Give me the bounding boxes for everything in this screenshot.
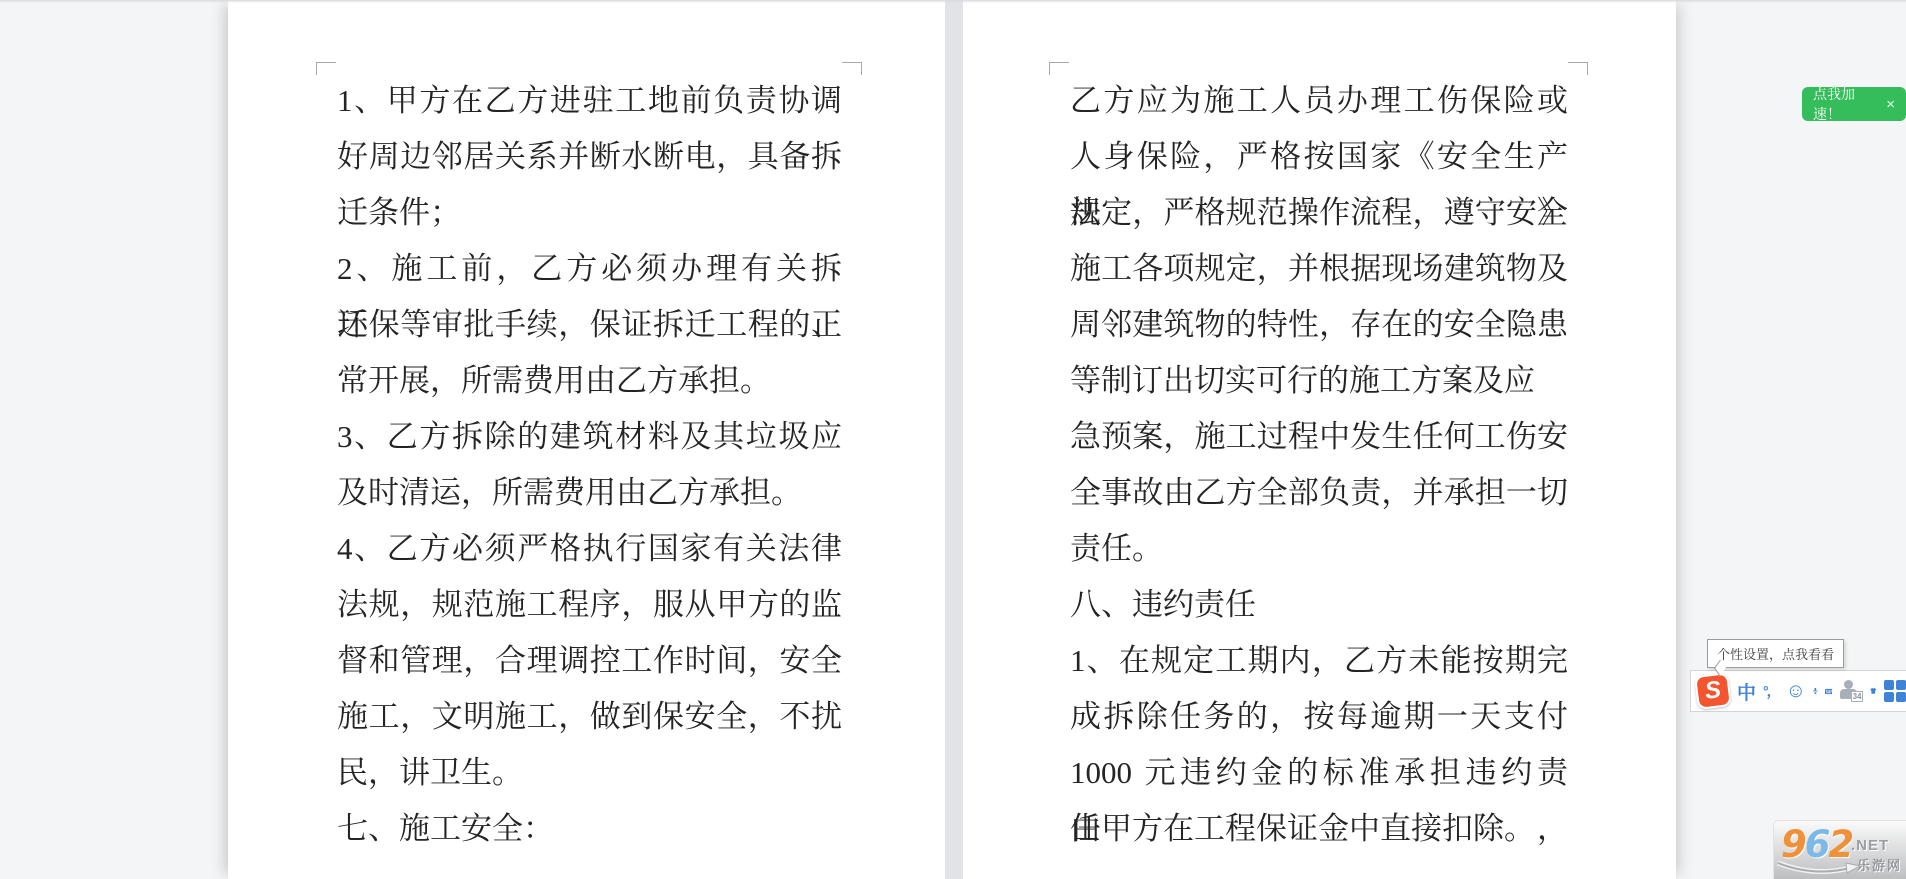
watermark-site-name: 乐游网: [1857, 855, 1902, 874]
text-line: 法规，规范施工程序，服从甲方的监: [337, 577, 842, 633]
text-line: 由甲方在工程保证金中直接扣除。: [1070, 801, 1568, 857]
accelerator-badge-label: 点我加速！: [1813, 84, 1877, 124]
text-line: 施工，文明施工，做到保安全，不扰: [337, 689, 842, 745]
document-page-right: 乙方应为施工人员办理工伤保险或人身保险，严格按国家《安全生产法》规定，严格规范操…: [963, 0, 1676, 879]
text-line: 施工各项规定，并根据现场建筑物及: [1070, 241, 1568, 297]
page-gap: [945, 0, 963, 879]
toolbox-square: [1896, 680, 1906, 690]
text-line: 民，讲卫生。: [337, 745, 842, 801]
margin-corner-mark: [1049, 62, 1069, 75]
toolbox-square: [1896, 692, 1906, 702]
keyboard-icon[interactable]: [1825, 683, 1833, 700]
text-line: 1000 元违约金的标准承担违约责任，: [1070, 745, 1568, 801]
text-line: 1、甲方在乙方进驻工地前负责协调: [337, 73, 842, 129]
skin-shirt-icon[interactable]: [1870, 681, 1877, 701]
person-head: [1844, 680, 1853, 689]
text-line: 乙方应为施工人员办理工伤保险或: [1070, 73, 1568, 129]
close-icon[interactable]: ×: [1886, 97, 1895, 112]
watermark-digit: 9: [1781, 823, 1805, 866]
text-line: 督和管理，合理调控工作时间，安全: [337, 633, 842, 689]
person-34-badge: 34: [1851, 691, 1864, 702]
text-line: 好周边邻居关系并断水断电，具备拆: [337, 129, 842, 185]
watermark-number: 962: [1781, 823, 1852, 866]
ime-settings-tooltip[interactable]: 个性设置，点我看看: [1707, 639, 1844, 668]
text-line: 1、在规定工期内，乙方未能按期完: [1070, 633, 1568, 689]
window-top-edge: [0, 0, 1906, 3]
text-line: 规定，严格规范操作流程，遵守安全: [1070, 185, 1568, 241]
person-34-icon[interactable]: 34: [1839, 679, 1863, 703]
margin-corner-mark: [842, 62, 862, 75]
text-line: 全事故由乙方全部负责，并承担一切: [1070, 465, 1568, 521]
toolbox-square: [1884, 680, 1894, 690]
watermark-suffix: .NET: [1851, 837, 1889, 854]
text-line: 责任。: [1070, 521, 1568, 577]
margin-corner-mark: [1568, 62, 1588, 75]
text-line: 常开展，所需费用由乙方承担。: [337, 353, 842, 409]
text-line: 八、违约责任: [1070, 577, 1568, 633]
text-line: 3、乙方拆除的建筑材料及其垃圾应: [337, 409, 842, 465]
text-line: 环保等审批手续，保证拆迁工程的正: [337, 297, 842, 353]
text-line: 2、施工前，乙方必须办理有关拆迁、: [337, 241, 842, 297]
text-line: 成拆除任务的，按每逾期一天支付: [1070, 689, 1568, 745]
text-line: 及时清运，所需费用由乙方承担。: [337, 465, 842, 521]
text-line: 4、乙方必须严格执行国家有关法律: [337, 521, 842, 577]
watermark-digit: 6: [1805, 823, 1829, 866]
text-line: 人身保险，严格按国家《安全生产法》: [1070, 129, 1568, 185]
document-page-left: 1、甲方在乙方进驻工地前负责协调好周边邻居关系并断水断电，具备拆迁条件；2、施工…: [228, 0, 945, 879]
watermark-digit: 2: [1829, 823, 1853, 866]
text-line: 周邻建筑物的特性，存在的安全隐患: [1070, 297, 1568, 353]
punctuation-mode-toggle[interactable]: °，: [1763, 681, 1779, 701]
text-line: 迁条件；: [337, 185, 842, 241]
ime-settings-tooltip-label: 个性设置，点我看看: [1717, 647, 1834, 662]
margin-corner-mark: [316, 62, 336, 75]
emoji-icon[interactable]: ☺: [1786, 681, 1806, 701]
text-line: 七、施工安全：: [337, 801, 842, 857]
text-line: 急预案，施工过程中发生任何工伤安: [1070, 409, 1568, 465]
toolbox-square: [1884, 692, 1894, 702]
sogou-logo-icon[interactable]: S: [1694, 672, 1732, 710]
chinese-mode-toggle[interactable]: 中: [1737, 678, 1756, 705]
text-line: 等制订出切实可行的施工方案及应: [1070, 353, 1568, 409]
ime-toolbar: S 中 °， ☺ 34: [1690, 670, 1906, 712]
microphone-icon[interactable]: [1813, 680, 1818, 702]
accelerator-badge[interactable]: 点我加速！ ×: [1802, 87, 1906, 121]
962net-watermark: 962 .NET 乐游网: [1773, 820, 1906, 879]
toolbox-icon[interactable]: [1884, 680, 1906, 702]
page-right-text: 乙方应为施工人员办理工伤保险或人身保险，严格按国家《安全生产法》规定，严格规范操…: [1070, 73, 1568, 857]
page-left-text: 1、甲方在乙方进驻工地前负责协调好周边邻居关系并断水断电，具备拆迁条件；2、施工…: [337, 73, 842, 857]
